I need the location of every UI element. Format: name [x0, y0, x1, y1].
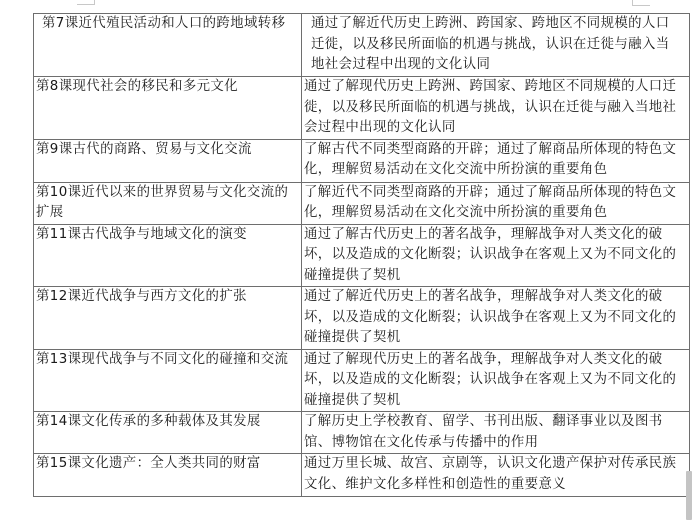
document-page: 第7课近代殖民活动和人口的跨地域转移 通过了解近代历史上跨洲、跨国家、跨地区不同…	[0, 0, 700, 520]
requirement-cell: 通过了解近代历史上跨洲、跨国家、跨地区不同规模的人口迁徙，以及移民所面临的机遇与…	[302, 14, 690, 77]
table-row: 第12课近代战争与西方文化的扩张 通过了解近代历史上的著名战争，理解战争对人类文…	[34, 287, 690, 350]
table-row: 第10课近代以来的世界贸易与文化交流的扩展 了解近代不同类型商路的开辟；通过了解…	[34, 182, 690, 224]
table-row: 第14课文化传承的多种载体及其发展 了解历史上学校教育、留学、书刊出版、翻译事业…	[34, 412, 690, 454]
table-row: 第15课文化遗产：全人类共同的财富 通过万里长城、故宫、京剧等，认识文化遗产保护…	[34, 454, 690, 497]
requirement-cell: 了解近代不同类型商路的开辟；通过了解商品所体现的特色文化，理解贸易活动在文化交流…	[302, 182, 690, 224]
table-row: 第7课近代殖民活动和人口的跨地域转移 通过了解近代历史上跨洲、跨国家、跨地区不同…	[34, 14, 690, 77]
lesson-title-cell: 第11课古代战争与地域文化的演变	[34, 224, 302, 287]
requirement-cell: 通过了解现代历史上的著名战争，理解战争对人类文化的破坏，以及造成的文化断裂；认识…	[302, 349, 690, 412]
lesson-title-cell: 第8课现代社会的移民和多元文化	[34, 77, 302, 140]
lesson-title-cell: 第14课文化传承的多种载体及其发展	[34, 412, 302, 454]
requirement-cell: 通过万里长城、故宫、京剧等，认识文化遗产保护对传承民族文化、维护文化多样性和创造…	[302, 454, 690, 497]
requirement-cell: 通过了解现代历史上跨洲、跨国家、跨地区不同规模的人口迁徙，以及移民所面临的机遇与…	[302, 77, 690, 140]
lesson-title-cell: 第10课近代以来的世界贸易与文化交流的扩展	[34, 182, 302, 224]
vertical-scrollbar-thumb[interactable]	[686, 471, 692, 520]
requirement-cell: 了解古代不同类型商路的开辟；通过了解商品所体现的特色文化，理解贸易活动在文化交流…	[302, 139, 690, 182]
page-corner-mark-left	[77, 0, 95, 5]
lesson-title-cell: 第13课现代战争与不同文化的碰撞和交流	[34, 349, 302, 412]
lesson-title-cell: 第7课近代殖民活动和人口的跨地域转移	[34, 14, 302, 77]
table-row: 第11课古代战争与地域文化的演变 通过了解古代历史上的著名战争，理解战争对人类文…	[34, 224, 690, 287]
lesson-title-cell: 第12课近代战争与西方文化的扩张	[34, 287, 302, 350]
table-row: 第13课现代战争与不同文化的碰撞和交流 通过了解现代历史上的著名战争，理解战争对…	[34, 349, 690, 412]
lessons-table: 第7课近代殖民活动和人口的跨地域转移 通过了解近代历史上跨洲、跨国家、跨地区不同…	[33, 13, 690, 497]
lesson-title-cell: 第9课古代的商路、贸易与文化交流	[34, 139, 302, 182]
page-corner-mark-right	[632, 0, 650, 6]
lesson-title-cell: 第15课文化遗产：全人类共同的财富	[34, 454, 302, 497]
table-row: 第8课现代社会的移民和多元文化 通过了解现代历史上跨洲、跨国家、跨地区不同规模的…	[34, 77, 690, 140]
requirement-cell: 了解历史上学校教育、留学、书刊出版、翻译事业以及图书馆、博物馆在文化传承与传播中…	[302, 412, 690, 454]
requirement-cell: 通过了解古代历史上的著名战争，理解战争对人类文化的破坏，以及造成的文化断裂；认识…	[302, 224, 690, 287]
table-row: 第9课古代的商路、贸易与文化交流 了解古代不同类型商路的开辟；通过了解商品所体现…	[34, 139, 690, 182]
requirement-cell: 通过了解近代历史上的著名战争，理解战争对人类文化的破坏，以及造成的文化断裂；认识…	[302, 287, 690, 350]
